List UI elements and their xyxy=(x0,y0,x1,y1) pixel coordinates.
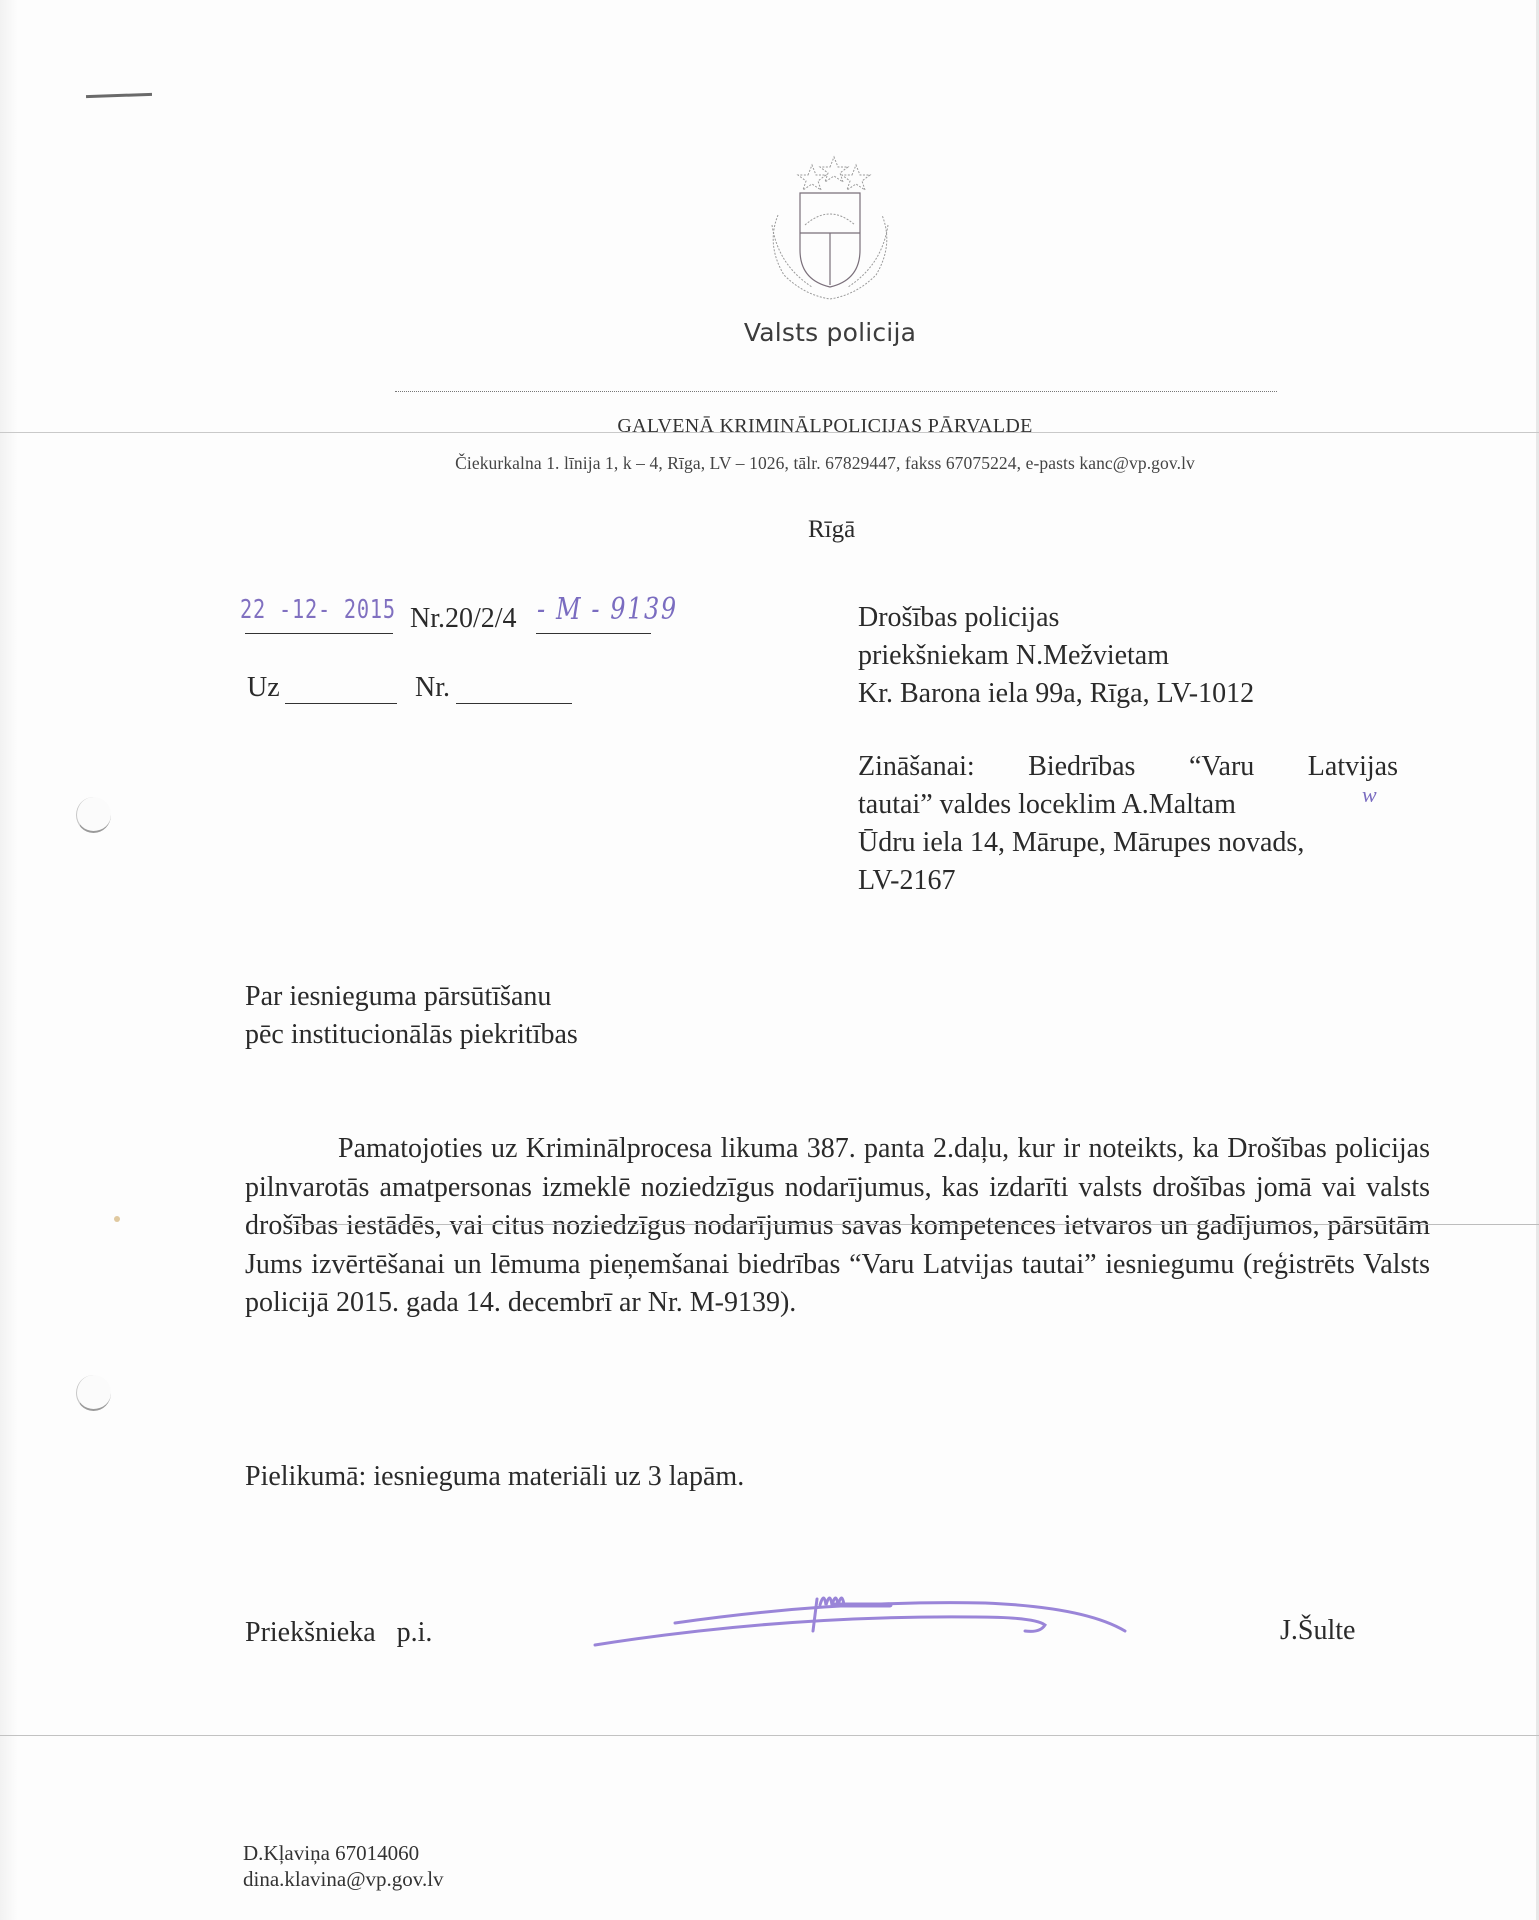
recipient-block: Drošības policijas priekšniekam N.Mežvie… xyxy=(858,599,1254,713)
punch-hole-icon xyxy=(76,1375,111,1411)
attachment-note: Pielikumā: iesnieguma materiāli uz 3 lap… xyxy=(245,1461,744,1493)
author-name-phone: D.Kļaviņa 67014060 xyxy=(243,1840,444,1866)
number-underline xyxy=(536,633,651,634)
recipient-line: priekšniekam N.Mežvietam xyxy=(858,637,1254,675)
author-contact: D.Kļaviņa 67014060 dina.klavina@vp.gov.l… xyxy=(243,1840,444,1892)
signatory-name: J.Šulte xyxy=(1280,1615,1355,1647)
in-reply-to-number-label: Nr. xyxy=(415,672,450,704)
place-of-issue: Rīgā xyxy=(808,516,855,544)
agency-name: Valsts policija xyxy=(740,318,920,347)
cc-line: tautai” valdes loceklim A.Maltam xyxy=(858,786,1398,824)
in-reply-to-date-line xyxy=(285,703,397,704)
document-number-handwritten: - M - 9139 xyxy=(537,592,678,627)
margin-dash-mark xyxy=(86,93,152,98)
subject-line: Par iesnieguma pārsūtīšanu xyxy=(245,978,578,1016)
date-stamp: 22 -12- 2015 xyxy=(240,595,396,625)
recipient-line: Kr. Barona iela 99a, Rīga, LV-1012 xyxy=(858,675,1254,713)
subject-line: pēc institucionālās piekritības xyxy=(245,1016,578,1054)
cc-line: Zināšanai: Biedrības “Varu Latvijas xyxy=(858,748,1398,786)
punch-hole-icon xyxy=(76,797,111,833)
letterhead-address: Čiekurkalna 1. līnija 1, k – 4, Rīga, LV… xyxy=(350,453,1300,474)
author-email: dina.klavina@vp.gov.lv xyxy=(243,1866,444,1892)
handwritten-check-mark: w xyxy=(1362,782,1377,808)
subject-block: Par iesnieguma pārsūtīšanu pēc instituci… xyxy=(245,978,578,1054)
document-number-label: Nr.20/2/4 xyxy=(410,603,517,635)
recipient-line: Drošības policijas xyxy=(858,599,1254,637)
in-reply-to-label: Uz xyxy=(247,672,280,704)
header-divider xyxy=(395,391,1277,392)
cc-line: LV-2167 xyxy=(858,862,1398,900)
scan-left-edge xyxy=(0,0,18,1920)
cc-line: Ūdru iela 14, Mārupe, Mārupes novads, xyxy=(858,824,1398,862)
latvia-coat-of-arms-icon xyxy=(760,155,900,305)
paper-fold-line xyxy=(290,1224,1539,1225)
date-underline xyxy=(245,633,393,634)
handwritten-signature xyxy=(585,1565,1165,1665)
signatory-title: Priekšnieka p.i. xyxy=(245,1617,432,1649)
paper-fold-line xyxy=(0,1735,1539,1736)
department-name: GALVENĀ KRIMINĀLPOLICIJAS PĀRVALDE xyxy=(350,415,1300,438)
in-reply-to-number-line xyxy=(456,703,572,704)
cc-block: Zināšanai: Biedrības “Varu Latvijas taut… xyxy=(858,748,1398,900)
body-paragraph: Pamatojoties uz Kriminālprocesa likuma 3… xyxy=(245,1130,1430,1323)
speck-mark xyxy=(114,1216,120,1222)
